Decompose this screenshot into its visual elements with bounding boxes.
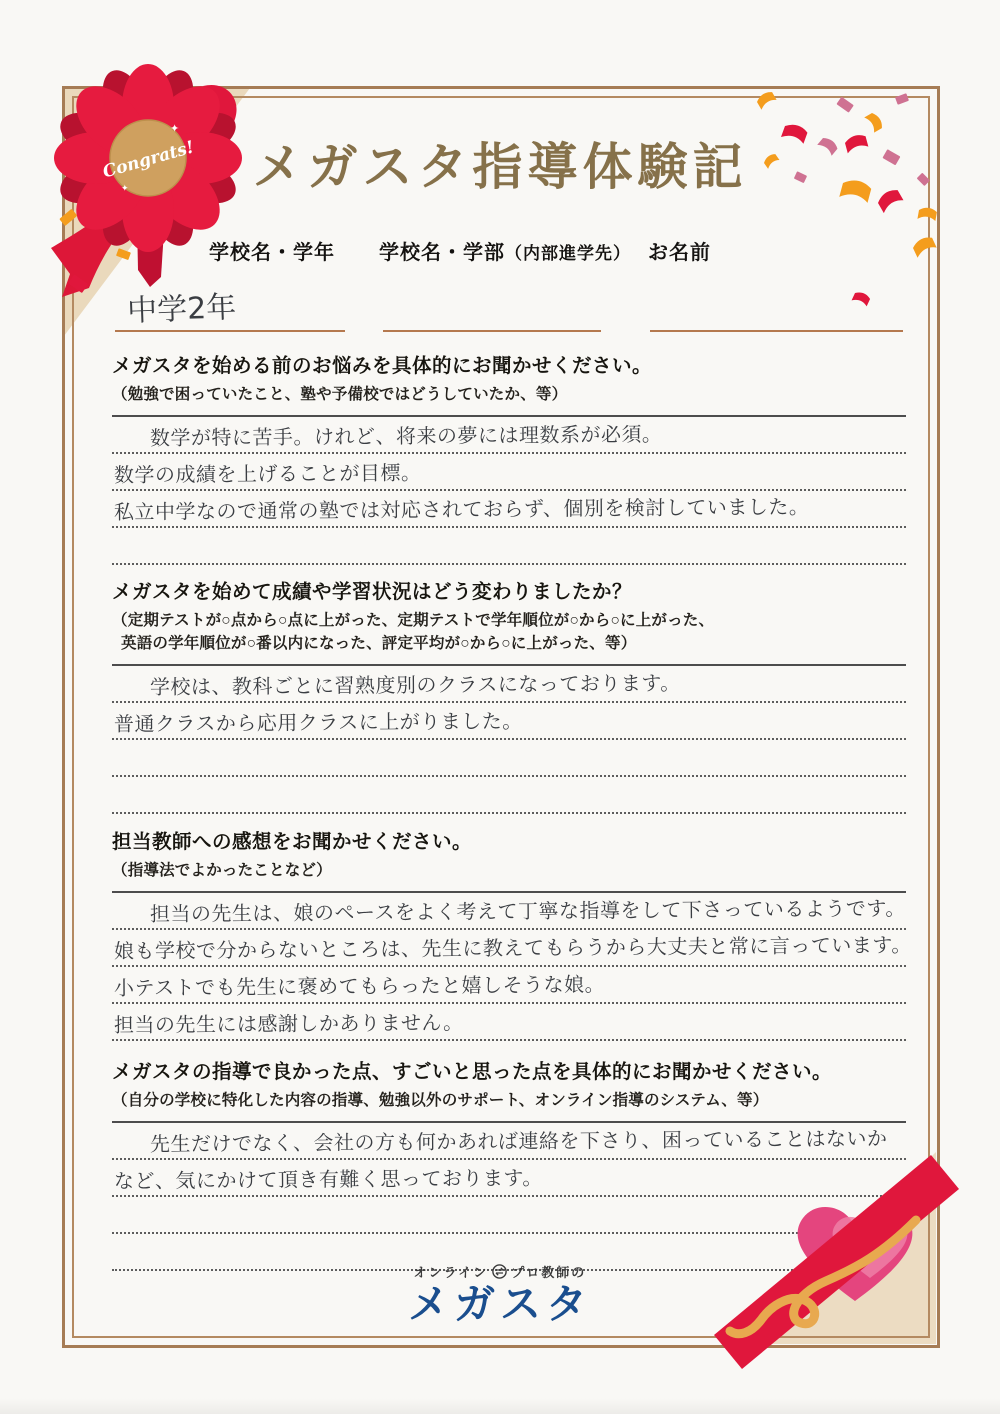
handwritten-answer: 小テストでも先生に褒めてもらったと嬉しそうな娘。 bbox=[114, 968, 605, 1001]
question-note: 英語の学年順位が○番以内になった、評定平均が○から○に上がった、等） bbox=[112, 632, 906, 655]
handwritten-answer: 学校は、教科ごとに習熟度別のクラスになっております。 bbox=[150, 667, 681, 700]
congrats-rosette-icon: Congrats! ✦ ✦ bbox=[18, 76, 253, 311]
handwritten-answer: 普通クラスから応用クラスに上がりました。 bbox=[114, 705, 523, 737]
answer-line: 娘も学校で分からないところは、先生に教えてもらうから大丈夫と常に言っています。 bbox=[112, 930, 906, 967]
answer-line: 担当の先生は、娘のペースをよく考えて丁寧な指導をして下さっているようです。 bbox=[112, 893, 906, 930]
confetti-icon bbox=[735, 88, 940, 303]
question-note: （勉強で困っていたこと、塾や予備校ではどうしていたか、等） bbox=[112, 383, 906, 406]
handwritten-answer: 娘も学校で分からないところは、先生に教えてもらうから大丈夫と常に言っています。 bbox=[114, 929, 912, 964]
answer-line: 担当の先生には感謝しかありません。 bbox=[112, 1004, 906, 1041]
question-heading: 担当教師への感想をお聞かせください。 bbox=[112, 826, 906, 854]
scan-edge-shadow bbox=[0, 1398, 1000, 1414]
handwritten-answer: 数学が特に苦手。けれど、将来の夢には理数系が必須。 bbox=[150, 418, 663, 451]
logo-tagline-right: プロ教師の bbox=[511, 1262, 586, 1281]
handwritten-answer: 数学の成績を上げることが目標。 bbox=[114, 457, 422, 488]
answer-line: 普通クラスから応用クラスに上がりました。 bbox=[112, 703, 906, 740]
answer-line: 私立中学なので通常の塾では対応されておらず、個別を検討していました。 bbox=[112, 491, 906, 528]
handwritten-answer: 担当の先生は、娘のペースをよく考えて丁寧な指導をして下さっているようです。 bbox=[150, 892, 906, 927]
field-underline-school-grade bbox=[115, 330, 345, 332]
svg-text:✦: ✦ bbox=[121, 183, 129, 193]
answer-line: 数学が特に苦手。けれど、将来の夢には理数系が必須。 bbox=[112, 417, 906, 454]
answer-line: 学校は、教科ごとに習熟度別のクラスになっております。 bbox=[112, 666, 906, 703]
handwritten-answer: 担当の先生には感謝しかありません。 bbox=[114, 1006, 464, 1038]
answer-line bbox=[112, 528, 906, 565]
exchange-icon bbox=[492, 1264, 507, 1279]
question-heading: メガスタを始める前のお悩みを具体的にお聞かせください。 bbox=[112, 350, 906, 378]
question-note: （定期テストが○点から○点に上がった、定期テストで学年順位が○から○に上がった、 bbox=[112, 609, 906, 632]
answer-line bbox=[112, 777, 906, 814]
scanned-testimonial-page: メガスタ指導体験記 学校名・学年 学校名・学部（内部進学先） お名前 中学2年 … bbox=[0, 0, 1000, 1414]
question-heading: メガスタを始めて成績や学習状況はどう変わりましたか？ bbox=[112, 576, 906, 604]
field-label-school-dept: 学校名・学部（内部進学先） bbox=[379, 236, 631, 265]
answer-line: 小テストでも先生に褒めてもらったと嬉しそうな娘。 bbox=[112, 967, 906, 1004]
answer-line bbox=[112, 740, 906, 777]
field-underline-name bbox=[650, 330, 903, 332]
question-note: （指導法でよかったことなど） bbox=[112, 859, 906, 882]
handwritten-answer: 私立中学なので通常の塾では対応されておらず、個別を検討していました。 bbox=[114, 491, 810, 525]
question-heading: メガスタの指導で良かった点、すごいと思った点を具体的にお聞かせください。 bbox=[112, 1056, 906, 1084]
heart-ribbon-decoration bbox=[720, 1150, 940, 1350]
question-note: （自分の学校に特化した内容の指導、勉強以外のサポート、オンライン指導のシステム、… bbox=[112, 1089, 906, 1112]
svg-text:✦: ✦ bbox=[170, 123, 179, 135]
logo-tagline-left: オンライン bbox=[414, 1262, 489, 1281]
answer-line: 数学の成績を上げることが目標。 bbox=[112, 454, 906, 491]
field-underline-school-dept bbox=[383, 330, 601, 332]
field-label-name: お名前 bbox=[648, 236, 711, 265]
question-section-teacher-feedback: 担当教師への感想をお聞かせください。 （指導法でよかったことなど） 担当の先生は… bbox=[112, 826, 906, 1041]
question-section-results: メガスタを始めて成績や学習状況はどう変わりましたか？ （定期テストが○点から○点… bbox=[112, 576, 906, 814]
question-section-worries: メガスタを始める前のお悩みを具体的にお聞かせください。 （勉強で困っていたこと、… bbox=[112, 350, 906, 565]
ribbon-band-icon bbox=[714, 1155, 959, 1369]
handwritten-answer: など、気にかけて頂き有難く思っております。 bbox=[114, 1162, 543, 1194]
